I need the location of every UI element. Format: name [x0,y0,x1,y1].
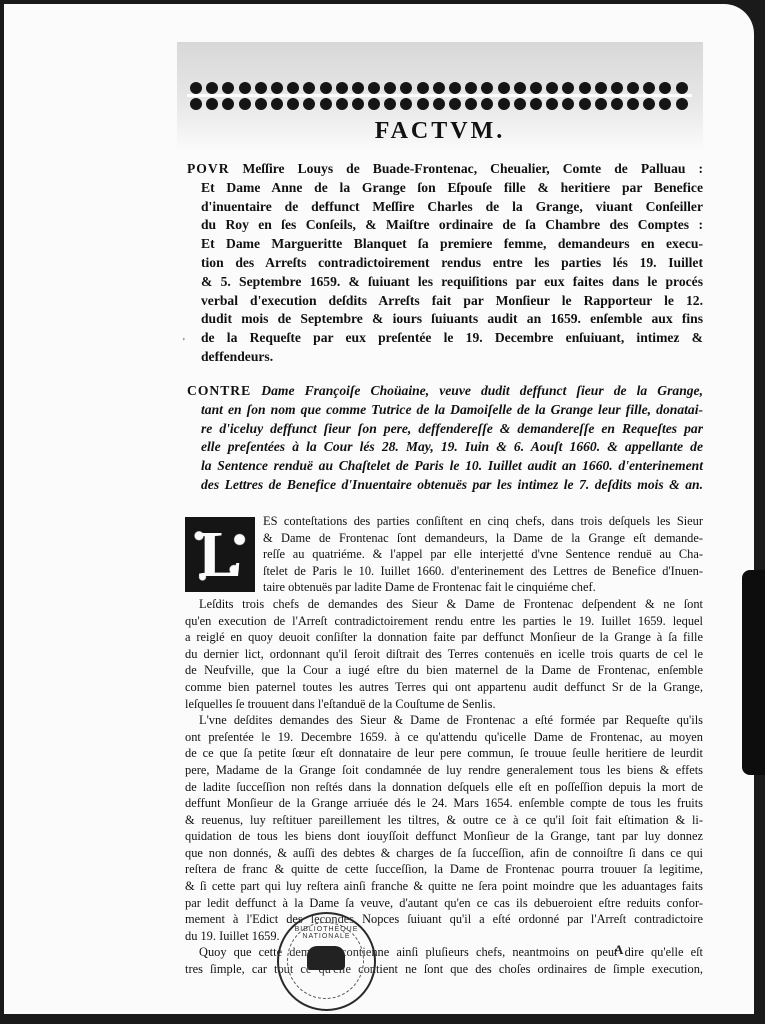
contre-line-1: tant en ſon nom que comme Tutrice de la … [187,401,703,420]
pour-line-8: dudit mois de Septembre & iours ſuiuants… [187,310,703,329]
pour-line-9: de la Requeſte par eux preſentée le 19. … [187,329,703,348]
body-line: du 19. Iuillet 1659. [185,928,703,945]
body-line: ES conteſtations des parties conſiſtent … [185,513,703,530]
contre-line-2: re d'iceluy deffunct ſieur ſon pere, def… [187,420,703,439]
body-line: qu'en execution de l'Arreſt contradictoi… [185,613,703,630]
body-line: quidation de tous les biens dont iouyſſo… [185,828,703,845]
body-line: & Dame de Frontenac ſont demandeurs, la … [185,530,703,547]
crown-icon [307,946,345,970]
margin-mark: ' [183,337,185,348]
pour-line-1: Et Dame Anne de la Grange ſon Eſpouſe fi… [187,179,703,198]
ornament-band [187,94,692,97]
pour-lead: POVR [187,161,230,176]
pour-line-2: d'inuentaire de deffunct Meſſire Charles… [187,198,703,217]
body-line: ſtelet de Paris le 10. Iuillet 1660. d'e… [185,563,703,580]
body-line: mement à l'Edict des ſecondes Nopces ſui… [185,911,703,928]
body-line: du dernier lict, ordonnant qu'il ſeroit … [185,646,703,663]
pour-paragraph: POVR Meſſire Louys de Buade-Frontenac, C… [187,160,703,367]
signature-mark: A [614,942,623,958]
body-line: L'vne deſdites demandes des Sieur & Dame… [185,712,703,729]
page-edge-shadow [742,570,765,775]
contre-line-4: la Sentence renduë au Chaſtelet de Paris… [187,457,703,476]
stamp-text: BIBLIOTHEQUE NATIONALE [279,926,374,940]
body-line: taire obtenuës par ladite Dame de Fronte… [185,579,703,596]
contre-lead: CONTRE [187,383,251,398]
pour-line-4: Et Dame Margueritte Blanquet ſa premiere… [187,235,703,254]
body-line: & ſi cette part qui luy reſtera ainſi fr… [185,878,703,895]
body-line: de ce que ſa petite ſœur eſt donnataire … [185,745,703,762]
contre-line-3: elle preſentées à la Cour lés 28. May, 1… [187,438,703,457]
body-line: de ladite ſucceſſion non reſtés dans la … [185,779,703,796]
body-line: de Neufville, que la Cour a iugé eſtre d… [185,662,703,679]
contre-line-5: des Lettres de Benefice d'Inuentaire obt… [187,476,703,495]
pour-line-3: du Roy en ſes Conſeils, & Maiſtre ordina… [187,216,703,235]
body-line: a reiglé en quoy deuoit conſiſter la don… [185,629,703,646]
pour-line-5: tion des Arreſts contradictoirement rend… [187,254,703,273]
pour-line-0: POVR Meſſire Louys de Buade-Frontenac, C… [187,160,703,179]
contre-paragraph: CONTRE Dame Françoiſe Choüaine, veuve du… [187,382,703,495]
document-title: FACTVM. [177,118,703,145]
body-line: Quoy que cette demande contienne ainſi p… [185,944,703,961]
pour-line-6: & 5. Septembre 1659. & ſuiuant les requi… [187,273,703,292]
body-line: reſtera de franc & quitte de cette ſucce… [185,861,703,878]
body-line: leſquelles ſe trouuent dans l'eſtanduë d… [185,696,703,713]
body-line: deffunt Monſieur de la Grange arriuée dé… [185,795,703,812]
body-line: ont preſentée le 19. Decembre 1659. à ce… [185,729,703,746]
contre-line-0: CONTRE Dame Françoiſe Choüaine, veuve du… [187,382,703,401]
pour-line-10: deffendeurs. [187,348,703,367]
library-stamp: BIBLIOTHEQUE NATIONALE [277,912,376,1011]
document-page: FACTVM. ' POVR Meſſire Louys de Buade-Fr… [177,42,703,972]
body-line: reſſe au quatriéme. & l'appel par elle i… [185,546,703,563]
body-line: comme bien paternel toutes les autres Te… [185,679,703,696]
body-text: ES conteſtations des parties conſiſtent … [185,513,703,978]
body-line: & reuenus, luy reſtituer pareillement le… [185,812,703,829]
body-line: pere, Madame de la Grange ſoit condamnée… [185,762,703,779]
body-line: que non donnés, & auſſi des debtes & cha… [185,845,703,862]
body-line: tres ſimple, car tout ce qu'elle contien… [185,961,703,978]
pour-line-7: verbal d'execution deſdits Arreſts fait … [187,292,703,311]
body-line: Leſdits trois chefs de demandes des Sieu… [185,596,703,613]
body-line: par ledit deffunct à la Dame ſa veuve, d… [185,895,703,912]
